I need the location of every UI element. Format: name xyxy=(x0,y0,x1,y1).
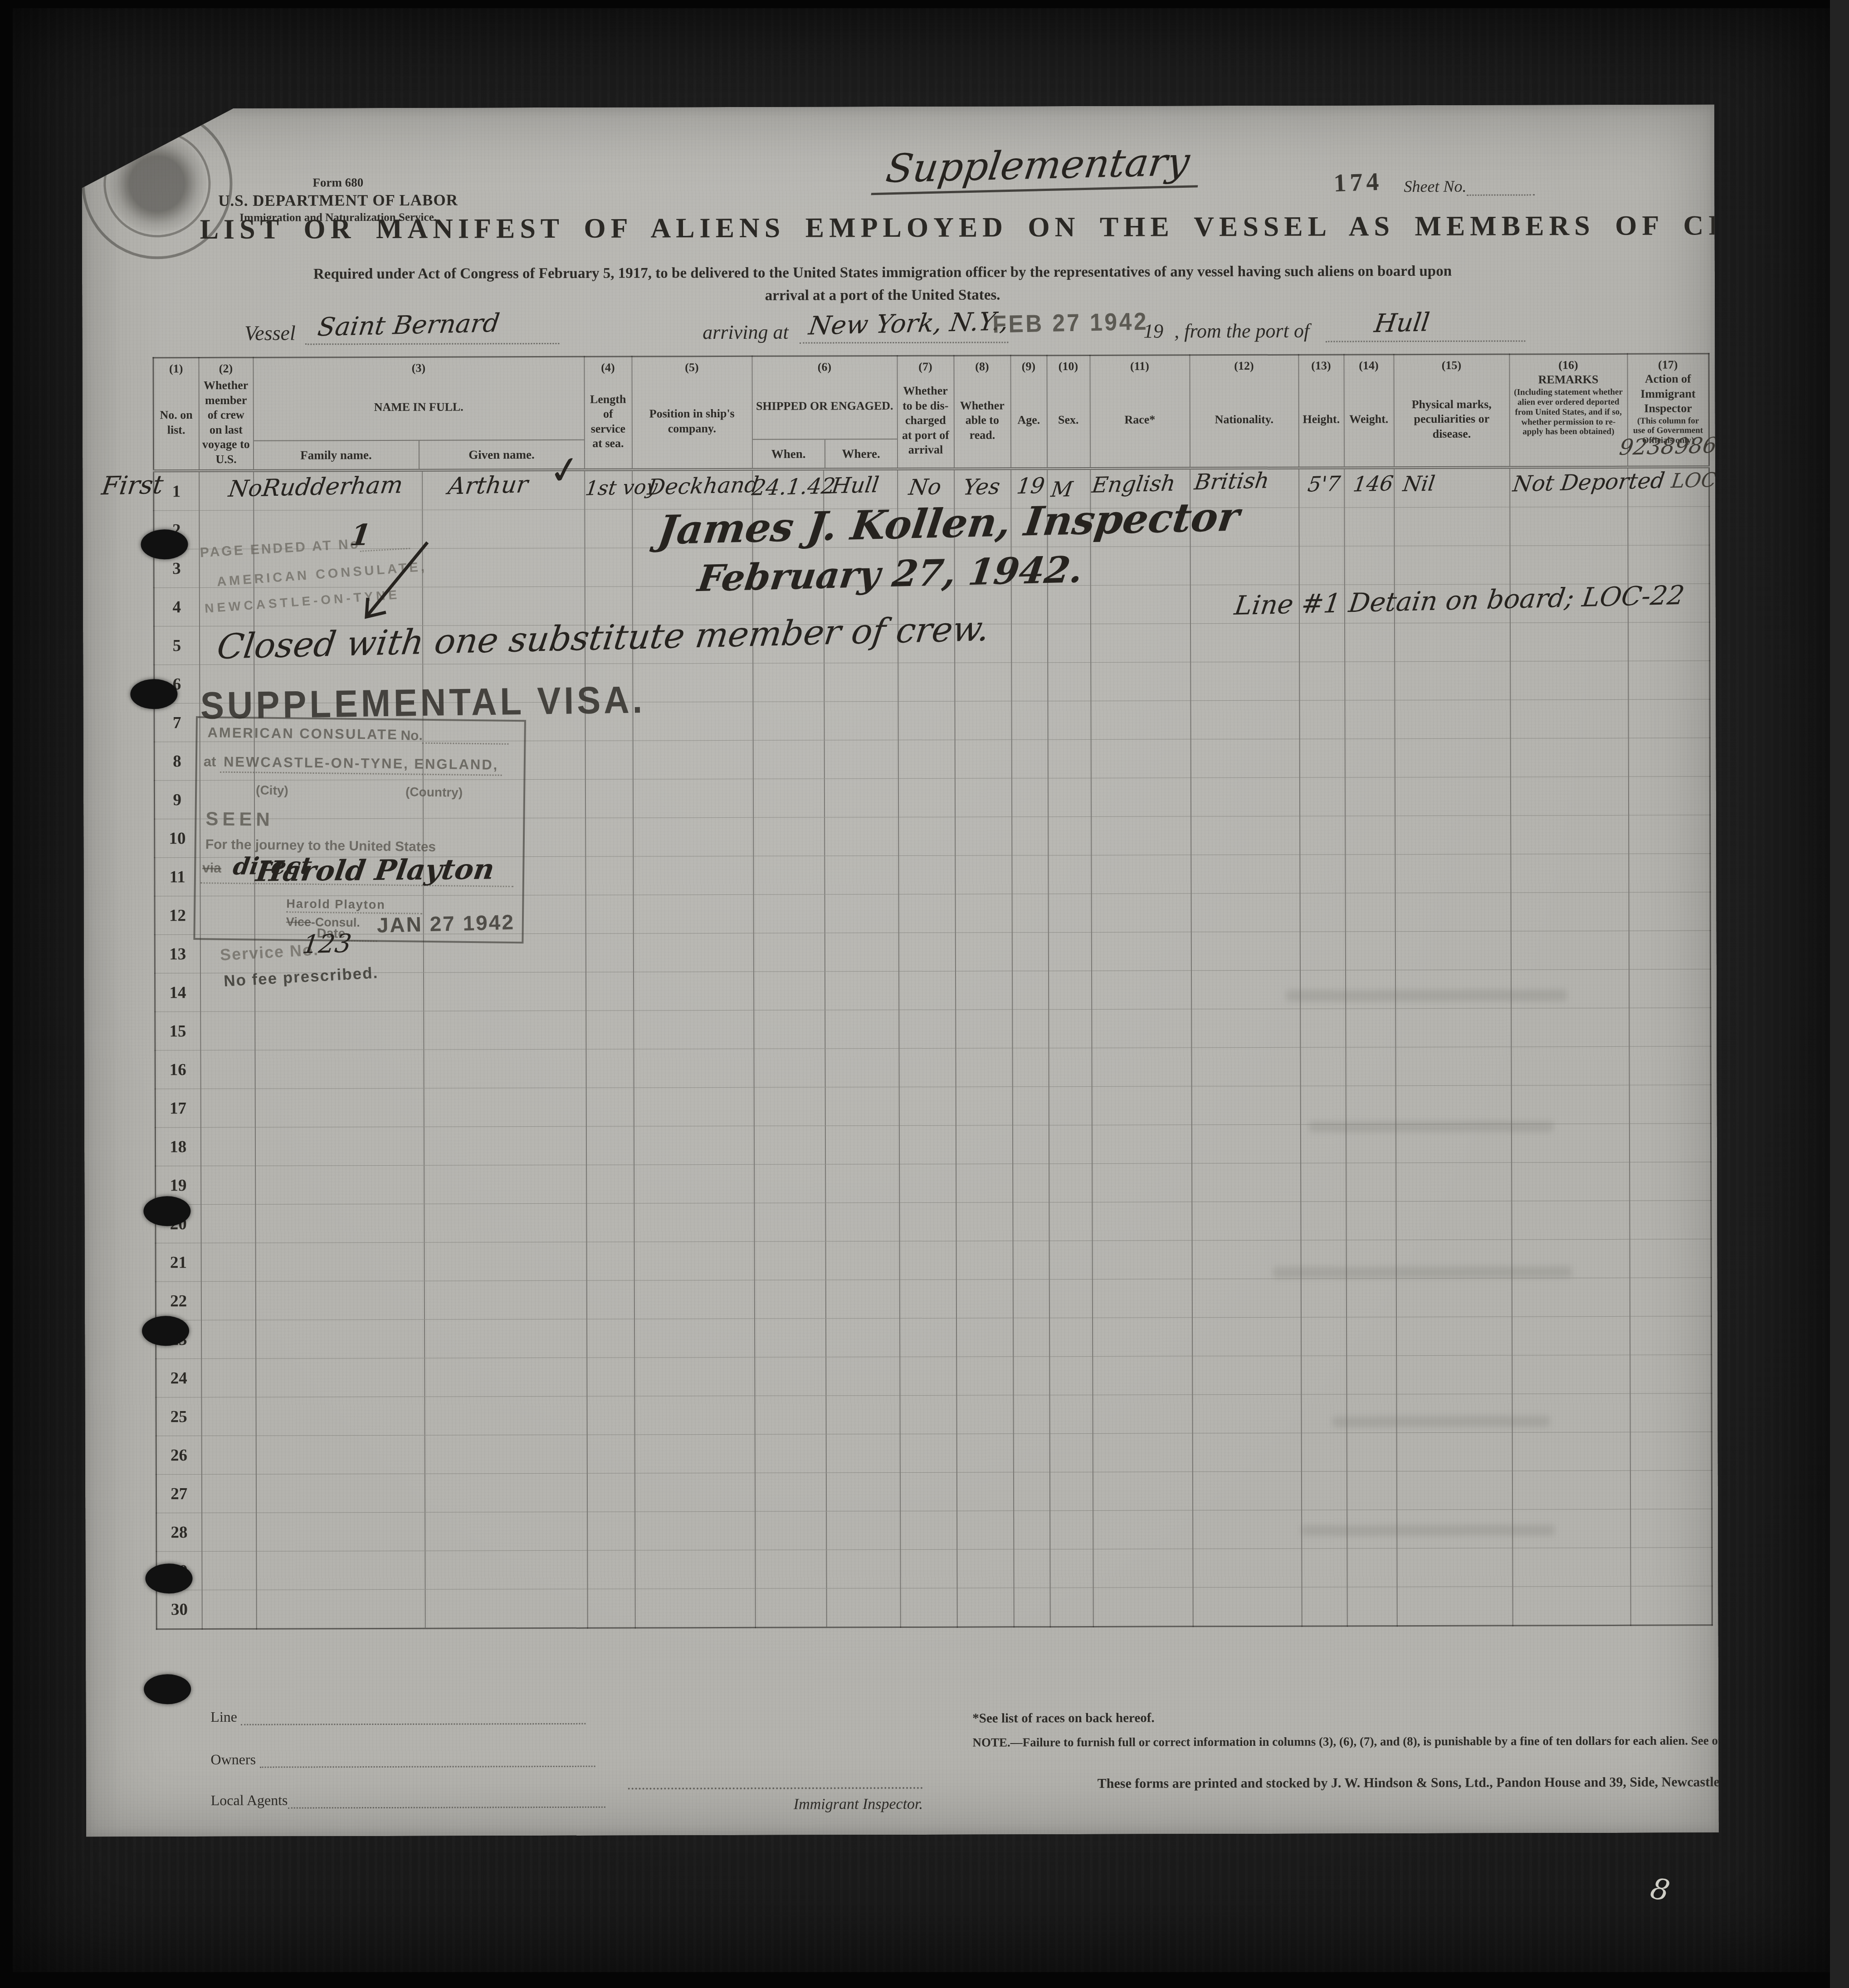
footer-agents-label: Local Agents xyxy=(211,1791,605,1809)
scanned-manifest-page: { "header": { "form_number": "Form 680",… xyxy=(0,0,1849,1988)
row1-shipped-where: Hull xyxy=(830,472,880,498)
visa-date-stamp: JAN 27 1942 xyxy=(376,910,515,938)
row-number: 30 xyxy=(156,1590,202,1629)
punch-hole xyxy=(141,529,188,559)
col-name-in-full: (3)NAME IN FULL.Family name.Given name. xyxy=(253,357,585,470)
row-number: 5 xyxy=(154,626,200,665)
row-number: 22 xyxy=(156,1282,201,1320)
row-number: 17 xyxy=(155,1089,200,1128)
col-remarks: (16)REMARKS(Including statement whether … xyxy=(1509,354,1628,467)
document-title: LIST OR MANIFEST OF ALIENS EMPLOYED ON T… xyxy=(200,210,1565,246)
visa-country-label: (Country) xyxy=(405,785,463,800)
table-row: 19 xyxy=(156,1162,1711,1205)
checkmark: ✓ xyxy=(546,446,584,494)
year-prefix: 19 xyxy=(1143,319,1163,342)
row-number: 27 xyxy=(156,1475,201,1513)
col-able-to-read: (8)Whether able to read. xyxy=(954,356,1011,469)
table-row: 29 xyxy=(156,1548,1712,1590)
visa-stamp-box: AMERICAN CONSULATE No. at NEWCASTLE-ON-T… xyxy=(193,716,526,943)
punch-hole xyxy=(144,1674,191,1704)
printer-note: These forms are printed and stocked by J… xyxy=(1098,1774,1775,1792)
row1-able-to-read: Yes xyxy=(961,474,1001,500)
col-age: (9)Age. xyxy=(1010,356,1047,469)
department-name: U.S. DEPARTMENT OF LABOR xyxy=(211,190,465,210)
punch-hole xyxy=(142,1316,189,1346)
table-row: 15 xyxy=(155,1008,1711,1050)
margin-note-first: First xyxy=(100,470,165,501)
visa-signature: Harold Playton xyxy=(254,853,497,888)
service-no-value: 123 xyxy=(301,929,353,960)
row-number: 9 xyxy=(154,781,200,819)
row1-age: 19 xyxy=(1015,473,1046,499)
row-number: 4 xyxy=(154,588,199,626)
row1-given-name: Arthur xyxy=(446,471,530,500)
col-shipped-where: Where. xyxy=(824,440,897,468)
col-member-last-voyage: (2)Whether member of crew on last voyage… xyxy=(199,357,254,471)
visa-place-line: at NEWCASTLE-ON-TYNE, ENGLAND, xyxy=(204,753,530,773)
col-position: (5)Position in ship's company. xyxy=(632,356,752,469)
row-number: 7 xyxy=(154,703,200,742)
visa-via-label: via xyxy=(202,860,221,876)
page-number-stamp: 174 xyxy=(1333,167,1383,198)
row-number: 28 xyxy=(156,1513,202,1552)
col-shipped-when: When. xyxy=(752,447,824,461)
footer-line-label: Line xyxy=(210,1708,585,1725)
row1-shipped-when: 24.1.42 xyxy=(750,474,837,501)
visa-no-label: No. xyxy=(400,727,509,745)
col-nationality: (12)Nationality. xyxy=(1190,355,1299,468)
table-row: 24 xyxy=(156,1355,1712,1397)
bleed-through-mark xyxy=(1286,989,1567,1002)
form-number: Form 680 xyxy=(211,175,465,191)
table-row: 16 xyxy=(155,1046,1711,1089)
columns-penalty-note: NOTE.—Failure to furnish full or correct… xyxy=(972,1734,1766,1750)
row1-height: 5'7 xyxy=(1306,471,1342,497)
row-number: 10 xyxy=(155,819,200,858)
table-row: 23 xyxy=(156,1316,1712,1359)
bleed-through-mark xyxy=(1301,1524,1555,1536)
row1-position: Deckhand xyxy=(646,472,760,500)
col-sex: (10)Sex. xyxy=(1047,355,1090,469)
row1-serial-number: 9238986 xyxy=(1618,433,1718,460)
inspector-signature-rule xyxy=(628,1787,923,1790)
footer-owners-label: Owners xyxy=(211,1750,595,1768)
manifest-paper: Form 680 U.S. DEPARTMENT OF LABOR Immigr… xyxy=(82,104,1719,1837)
row-number: 26 xyxy=(156,1436,201,1475)
col-race: (11)Race* xyxy=(1090,355,1190,469)
from-port-handwritten: Hull xyxy=(1372,308,1431,338)
bleed-through-mark xyxy=(1309,1121,1554,1132)
row1-race: English xyxy=(1090,471,1177,498)
col-family-name: Family name. xyxy=(254,448,418,462)
visa-seen: SEEN xyxy=(205,808,532,833)
sheet-no-label: Sheet No. xyxy=(1404,176,1534,196)
row-number: 16 xyxy=(155,1050,200,1089)
punch-hole xyxy=(143,1196,190,1226)
col-length-of-service: (4)Length of service at sea. xyxy=(584,357,632,470)
required-under-line2: arrival at a port of the United States. xyxy=(155,285,1610,306)
row1-member-last-voyage: No xyxy=(227,475,264,502)
row-number: 13 xyxy=(155,935,200,973)
visa-stamped-name: Harold Playton xyxy=(286,897,385,912)
table-row: 27 xyxy=(156,1470,1712,1513)
arriving-port-handwritten: New York, N.Y., xyxy=(807,307,1010,341)
header-row: (1)No. on list. (2)Whether member of cre… xyxy=(153,354,1709,471)
supplementary-handwritten-note: Supplementary xyxy=(871,139,1205,195)
col-no-on-list: (1)No. on list. xyxy=(153,358,199,471)
row1-weight: 146 xyxy=(1351,471,1395,496)
arrival-date-stamp: FEB 27 1942 xyxy=(992,308,1149,339)
required-under-line1: Required under Act of Congress of Februa… xyxy=(155,263,1610,283)
vessel-line: Vessel Saint Bernard arriving at New Yor… xyxy=(82,310,1633,346)
col-shipped-or-engaged: (6)SHIPPED OR ENGAGED.When.Where. xyxy=(752,356,898,469)
row-number: 14 xyxy=(155,973,200,1012)
col-weight: (14)Weight. xyxy=(1344,355,1394,468)
table-row: 22 xyxy=(156,1278,1711,1320)
row-number: 25 xyxy=(156,1397,201,1436)
row-number: 18 xyxy=(155,1128,200,1166)
visa-place: NEWCASTLE-ON-TYNE, ENGLAND, xyxy=(220,754,502,776)
visa-city-label: (City) xyxy=(256,783,288,798)
row-number: 11 xyxy=(155,858,200,896)
film-edge-strip xyxy=(1830,0,1849,1988)
row1-family-name: Rudderham xyxy=(260,471,405,502)
bleed-through-mark xyxy=(1332,1416,1550,1427)
vessel-label: Vessel xyxy=(244,321,296,345)
table-row: 30 xyxy=(156,1586,1712,1629)
punch-hole xyxy=(130,679,177,709)
sheet-no-blank xyxy=(1466,179,1534,195)
arriving-at-label: arriving at xyxy=(703,321,789,344)
races-note: *See list of races on back hereof. xyxy=(972,1711,1154,1726)
row1-marks: Nil xyxy=(1401,471,1436,496)
row-number: 15 xyxy=(155,1012,200,1050)
col-height: (13)Height. xyxy=(1298,355,1344,468)
bleed-through-mark xyxy=(1273,1266,1572,1279)
from-port-label: , from the port of xyxy=(1174,319,1309,343)
col-physical-marks: (15)Physical marks, peculiarities or dis… xyxy=(1394,354,1510,468)
table-row: 26 xyxy=(156,1432,1712,1475)
row1-discharged: No xyxy=(907,474,943,500)
immigrant-inspector-label: Immigrant Inspector. xyxy=(794,1796,923,1813)
table-row: 25 xyxy=(156,1393,1712,1436)
row-number: 8 xyxy=(154,742,200,781)
punch-hole xyxy=(145,1563,192,1593)
row-number: 24 xyxy=(156,1359,201,1397)
table-row: 20 xyxy=(156,1201,1711,1243)
col-discharged: (7)Whether to be dis- charged at port of… xyxy=(897,356,954,469)
row1-nationality: British xyxy=(1193,468,1271,495)
row-number: 21 xyxy=(156,1243,201,1282)
vessel-name-handwritten: Saint Bernard xyxy=(316,308,501,342)
